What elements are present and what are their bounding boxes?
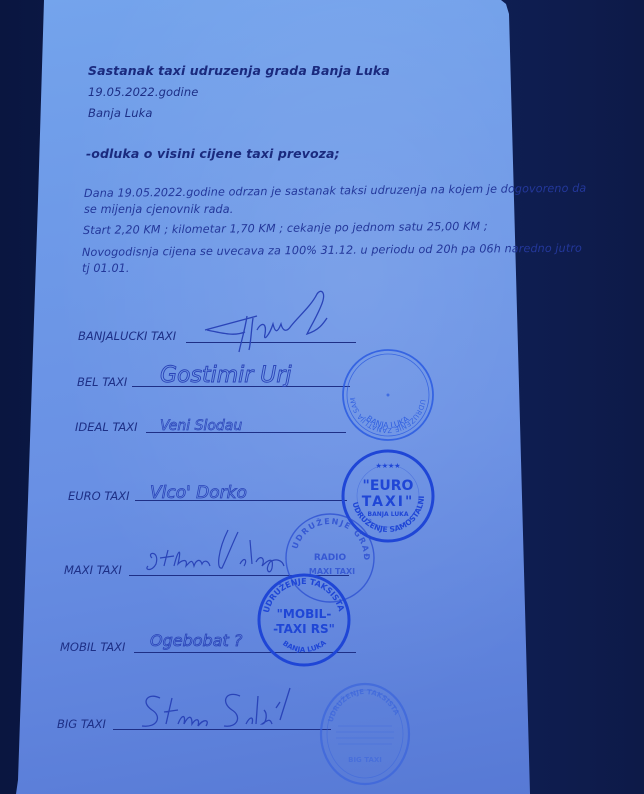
signature-bel-taxi: Gostimir Urj bbox=[158, 352, 358, 392]
stamp-big-taxi: UDRUŽENJE TAKSISTA BIG TAXI bbox=[318, 682, 412, 786]
body-paragraph-3-line-2: tj 01.01. bbox=[82, 262, 130, 275]
document-subject: -odluka o visini cijene taxi prevoza; bbox=[86, 146, 340, 161]
svg-text:Veni Slodau: Veni Slodau bbox=[160, 418, 242, 434]
document-title: Sastanak taxi udruzenja grada Banja Luka bbox=[88, 63, 390, 78]
signature-banjalucki-taxi bbox=[195, 286, 355, 356]
signatory-label-big-taxi: BIG TAXI bbox=[57, 717, 106, 731]
svg-text:BANJA LUKA: BANJA LUKA bbox=[281, 638, 328, 654]
stamp-mobil-taxi: UDRUŽENJE TAKSISTA "MOBIL- -TAXI RS" BAN… bbox=[256, 572, 352, 668]
svg-text:"MOBIL-: "MOBIL- bbox=[277, 607, 332, 621]
signature-ideal-taxi: Veni Slodau bbox=[158, 410, 278, 438]
signatory-label-banjalucki-taxi: BANJALUCKI TAXI bbox=[78, 329, 176, 343]
svg-text:-TAXI RS": -TAXI RS" bbox=[273, 622, 335, 636]
signatory-label-maxi-taxi: MAXI TAXI bbox=[64, 563, 122, 577]
svg-text:Vlco' Dorko: Vlco' Dorko bbox=[150, 483, 247, 503]
signature-euro-taxi: Vlco' Dorko bbox=[148, 476, 298, 506]
svg-text:"EURO: "EURO bbox=[363, 478, 414, 494]
photo-scene: Sastanak taxi udruzenja grada Banja Luka… bbox=[0, 0, 644, 794]
signatory-label-bel-taxi: BEL TAXI bbox=[77, 375, 127, 389]
svg-text:TAXI": TAXI" bbox=[362, 494, 415, 510]
stamp-bel-taxi: UDRUZENJE ZANATLIJA SAMOSTALNIH DJELATNO… bbox=[340, 347, 436, 443]
signature-big-taxi bbox=[130, 684, 330, 734]
body-paragraph-1-line-2: se mijenja cjenovnik rada. bbox=[84, 203, 233, 216]
signatory-label-mobil-taxi: MOBIL TAXI bbox=[60, 640, 125, 654]
document-date: 19.05.2022.godine bbox=[88, 85, 198, 99]
svg-text:Gostimir Urj: Gostimir Urj bbox=[160, 363, 292, 388]
svg-text:RADIO: RADIO bbox=[314, 553, 347, 563]
svg-text:BIG TAXI: BIG TAXI bbox=[348, 756, 382, 764]
document-place: Banja Luka bbox=[88, 106, 153, 120]
signatory-label-ideal-taxi: IDEAL TAXI bbox=[75, 420, 138, 434]
svg-text:Ogebobat ?: Ogebobat ? bbox=[150, 631, 243, 650]
signatory-label-euro-taxi: EURO TAXI bbox=[68, 489, 130, 503]
svg-text:★★★★: ★★★★ bbox=[375, 462, 400, 470]
